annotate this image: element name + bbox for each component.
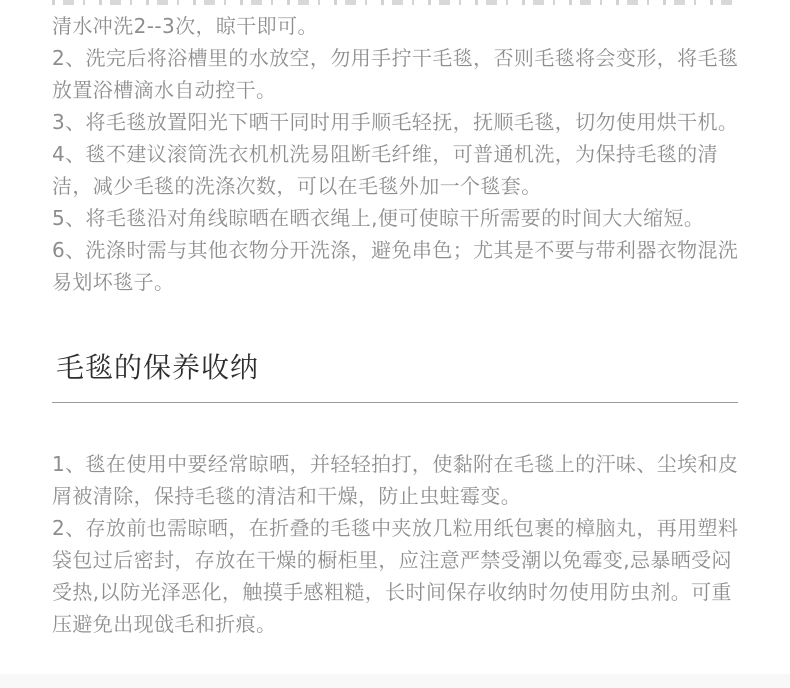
text-line: 屑被清除，保持毛毯的清洁和干燥，防止虫蛀霉变。 [52,480,738,512]
text-line: 放置浴槽滴水自动控干。 [52,74,738,106]
text-line: 3、将毛毯放置阳光下晒干同时用手顺毛轻抚，抚顺毛毯，切勿使用烘干机。 [52,106,738,138]
text-line: 易划坏毯子。 [52,266,738,298]
text-line: 5、将毛毯沿对角线晾晒在晒衣绳上,便可使晾干所需要的时间大大缩短。 [52,202,738,234]
text-line: 6、洗涤时需与其他衣物分开洗涤，避免串色；尤其是不要与带利器衣物混洗 [52,234,738,266]
text-line: 4、毯不建议滚筒洗衣机机洗易阻断毛纤维，可普通机洗，为保持毛毯的清 [52,138,738,170]
footer-strip [0,674,790,688]
text-line: 袋包过后密封，存放在干燥的橱柜里，应注意严禁受潮以免霉变,忌暴晒受闷 [52,544,738,576]
text-line: 洁，减少毛毯的洗涤次数，可以在毛毯外加一个毯套。 [52,170,738,202]
text-line: 2、洗完后将浴槽里的水放空，勿用手拧干毛毯，否则毛毯将会变形，将毛毯 [52,42,738,74]
text-line: 2、存放前也需晾晒，在折叠的毛毯中夹放几粒用纸包裹的樟脑丸，再用塑料 [52,512,738,544]
blanket-care-description-page: 清水冲洗2--3次，晾干即可。2、洗完后将浴槽里的水放空，勿用手拧干毛毯，否则毛… [0,0,790,688]
text-line: 清水冲洗2--3次，晾干即可。 [52,10,738,42]
text-line: 受热,以防光泽恶化，触摸手感粗糙，长时间保存收纳时勿使用防虫剂。可重 [52,576,738,608]
section-heading-storage: 毛毯的保养收纳 [56,348,738,388]
storage-instructions: 1、毯在使用中要经常晾晒，并轻轻拍打，使黏附在毛毯上的汗味、尘埃和皮屑被清除，保… [52,448,738,640]
text-line: 压避免出现戗毛和折痕。 [52,608,738,640]
clipped-previous-line [52,0,738,5]
heading-divider [52,402,738,403]
text-line: 1、毯在使用中要经常晾晒，并轻轻拍打，使黏附在毛毯上的汗味、尘埃和皮 [52,448,738,480]
washing-instructions: 清水冲洗2--3次，晾干即可。2、洗完后将浴槽里的水放空，勿用手拧干毛毯，否则毛… [52,10,738,298]
